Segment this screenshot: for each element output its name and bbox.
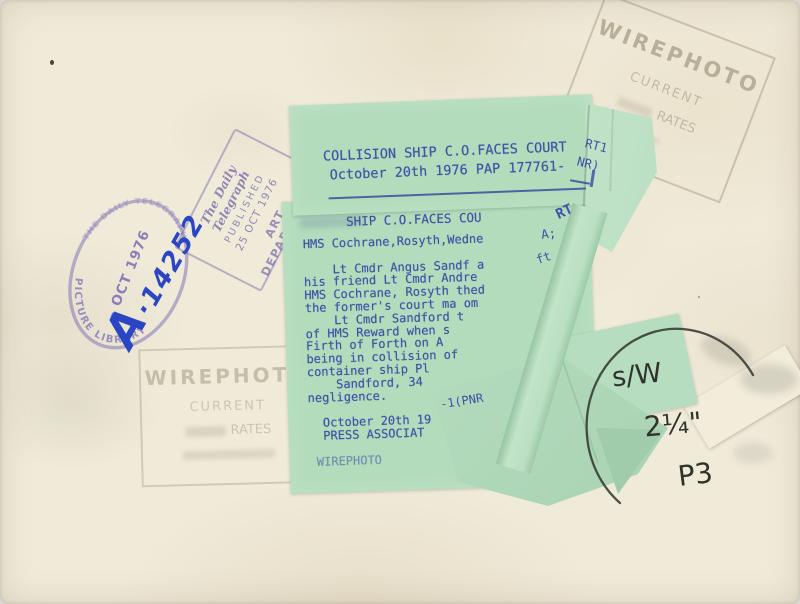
pencil-note-ratio: s/W [611, 357, 664, 393]
stamp-rates: RATES [654, 108, 697, 137]
press-photo-back: WIREPHOTO CURRENT RATES WIREPHOTO CURREN… [0, 0, 800, 604]
stamp-smudge [185, 426, 225, 437]
pencil-note-size: 2¼" [643, 406, 703, 444]
header-slip-underline [329, 188, 587, 200]
header-slip: COLLISION SHIP C.O.FACES COURT October 2… [289, 94, 596, 216]
pencil-smudge [697, 330, 755, 372]
smudged-text [300, 215, 362, 228]
pencil-smudge [733, 442, 773, 464]
pencil-smudge [740, 364, 798, 394]
ink-speck [698, 296, 700, 298]
fold-fragment: A; [540, 225, 557, 242]
pencil-note-page: P3 [676, 456, 714, 493]
ink-speck [50, 60, 54, 65]
stamp-smudge [183, 448, 275, 459]
stamp-rates: RATES [230, 422, 271, 438]
